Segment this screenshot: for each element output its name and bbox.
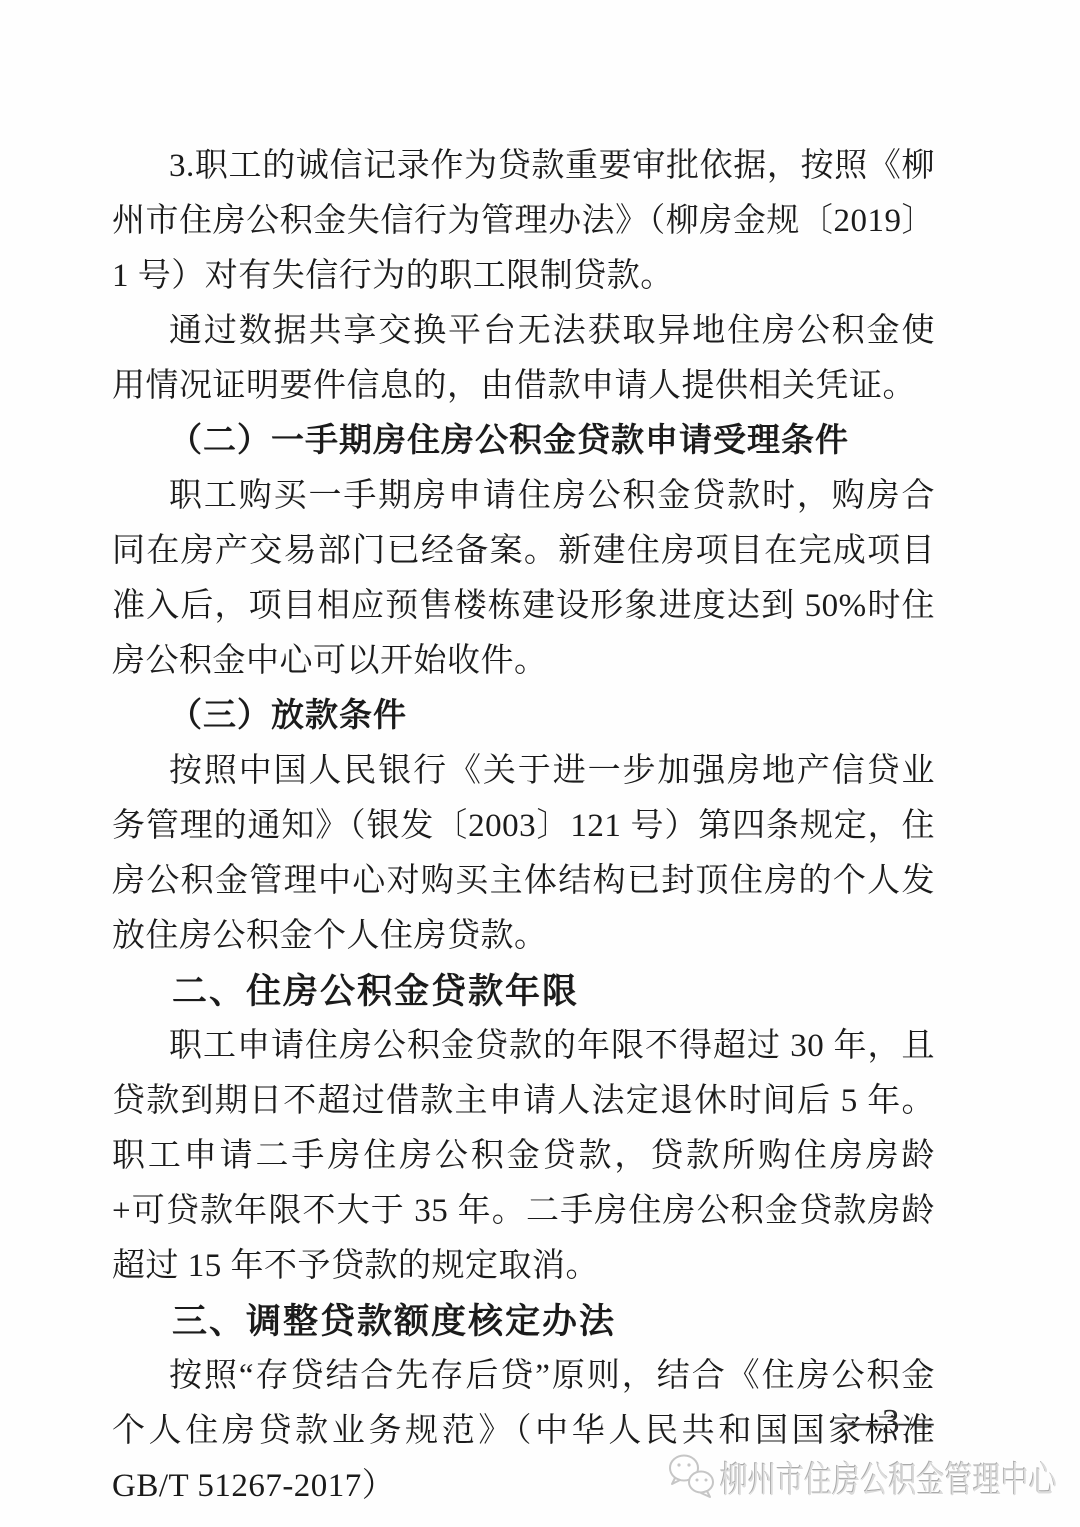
page-number: —3— (848, 1398, 933, 1446)
document-page: 3.职工的诚信记录作为贷款重要审批依据，按照《柳州市住房公积金失信行为管理办法》… (0, 0, 1080, 1527)
section-heading-3: （三）放款条件 (112, 689, 935, 744)
paragraph-pboc-notice: 按照中国人民银行《关于进一步加强房地产信贷业务管理的通知》（银发〔2003〕12… (112, 744, 935, 964)
chapter-heading-2: 二、住房公积金贷款年限 (112, 964, 935, 1019)
paragraph-data-platform: 通过数据共享交换平台无法获取异地住房公积金使用情况证明要件信息的，由借款申请人提… (112, 304, 935, 414)
section-heading-2: （二）一手期房住房公积金贷款申请受理条件 (112, 414, 935, 469)
org-name: 柳州市住房公积金管理中心 (720, 1452, 1057, 1503)
wechat-icon (668, 1453, 716, 1503)
document-body: 3.职工的诚信记录作为贷款重要审批依据，按照《柳州市住房公积金失信行为管理办法》… (112, 139, 935, 1514)
paragraph-presale-house: 职工购买一手期房申请住房公积金贷款时，购房合同在房产交易部门已经备案。新建住房项… (112, 469, 935, 689)
paragraph-loan-term: 职工申请住房公积金贷款的年限不得超过 30 年，且贷款到期日不超过借款主申请人法… (112, 1019, 935, 1294)
paragraph-credit-record: 3.职工的诚信记录作为贷款重要审批依据，按照《柳州市住房公积金失信行为管理办法》… (112, 139, 935, 304)
chapter-heading-3: 三、调整贷款额度核定办法 (112, 1294, 935, 1349)
footer-watermark: 柳州市住房公积金管理中心 (668, 1452, 1080, 1503)
